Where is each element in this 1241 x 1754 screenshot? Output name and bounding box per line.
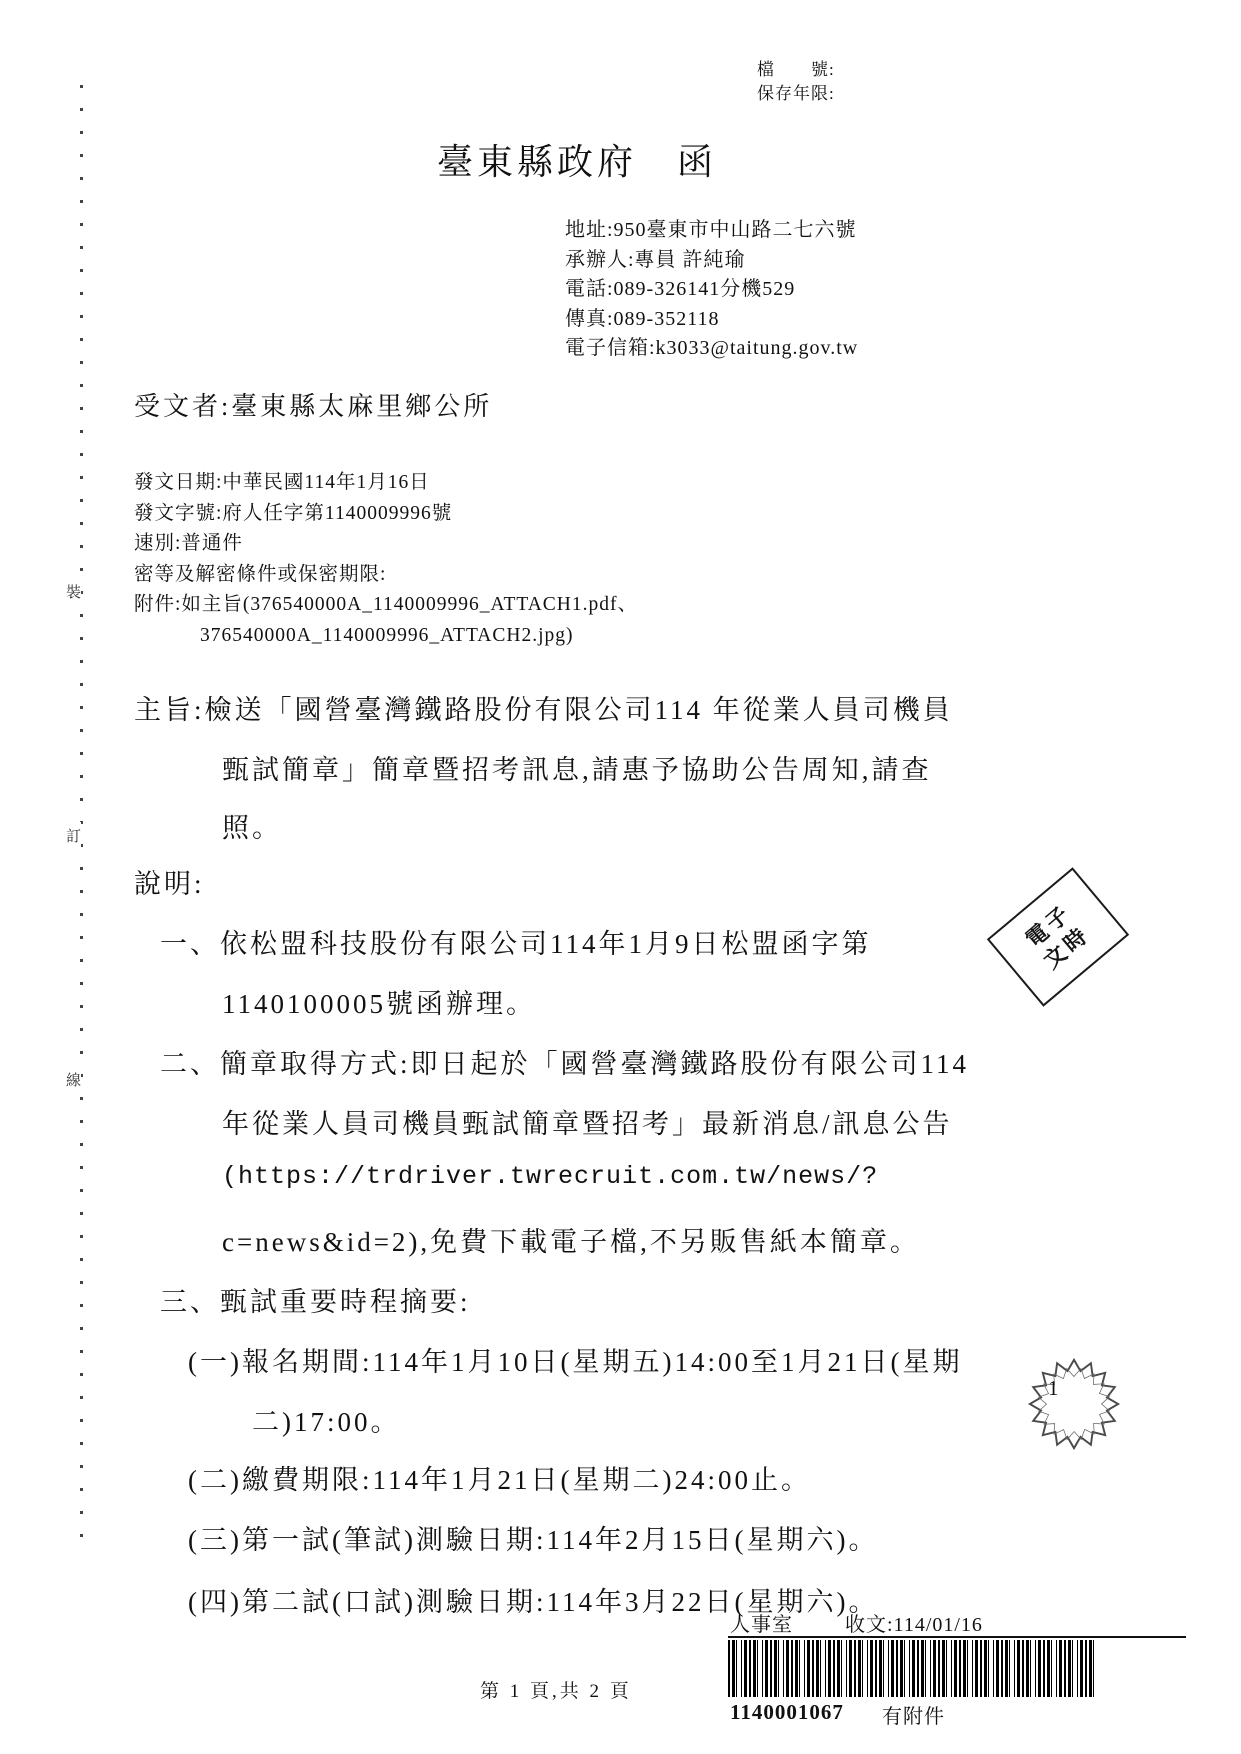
receipt-divider-line (728, 1636, 1186, 1638)
binding-mark-zhuang: 裝 (66, 578, 81, 605)
subject-line: 主旨:檢送「國營臺灣鐵路股份有限公司114 年從業人員司機員 (134, 688, 953, 727)
body-line: 1140100005號函辦理。 (222, 982, 536, 1021)
sender-contact-person: 承辦人:專員 許純瑜 (565, 246, 858, 276)
issue-date: 發文日期:中華民國114年1月16日 (134, 468, 638, 499)
body-line: 三、甄試重要時程摘要: (160, 1280, 471, 1319)
sender-phone: 電話:089-326141分機529 (565, 275, 858, 305)
body-line: c=news&id=2),免費下載電子檔,不另販售紙本簡章。 (222, 1220, 920, 1259)
document-meta-block: 發文日期:中華民國114年1月16日 發文字號:府人任字第1140009996號… (134, 468, 638, 651)
retention-label: 保存年限: (757, 82, 835, 106)
binding-dotted-line (80, 85, 83, 1545)
sender-info-block: 地址:950臺東市中山路二七六號 承辦人:專員 許純瑜 電話:089-32614… (565, 216, 858, 364)
star-perforation-seal-icon (1026, 1352, 1122, 1456)
body-line: (二)繳費期限:114年1月21日(星期二)24:00止。 (188, 1458, 811, 1497)
subject-line: 照。 (222, 806, 282, 845)
receipt-date: 收文:114/01/16 (845, 1608, 983, 1637)
sender-fax: 傳真:089-352118 (565, 305, 858, 335)
body-line-url: (https://trdriver.twrecruit.com.tw/news/… (222, 1162, 878, 1191)
body-line: 年從業人員司機員甄試簡章暨招考」最新消息/訊息公告 (222, 1102, 953, 1141)
recipient-line: 受文者:臺東縣太麻里鄉公所 (134, 386, 492, 423)
page-margin-number: 1 (1048, 1376, 1059, 1401)
binding-mark-xian: 線 (66, 1066, 81, 1093)
body-line: 二、簡章取得方式:即日起於「國營臺灣鐵路股份有限公司114 (160, 1042, 969, 1081)
sender-email: 電子信箱:k3033@taitung.gov.tw (565, 334, 858, 364)
subject-line: 甄試簡章」簡章暨招考訊息,請惠予協助公告周知,請查 (222, 748, 932, 787)
binding-mark-ding: 訂 (66, 822, 81, 849)
official-letter-page: 檔 號: 保存年限: 臺東縣政府 函 地址:950臺東市中山路二七六號 承辦人:… (0, 0, 1241, 1754)
body-line: 一、依松盟科技股份有限公司114年1月9日松盟函字第 (160, 922, 872, 961)
priority: 速別:普通件 (134, 529, 638, 560)
electronic-exchange-stamp: 電子 文時 (987, 867, 1129, 1006)
attachments-line1: 附件:如主旨(376540000A_1140009996_ATTACH1.pdf… (134, 590, 638, 621)
classification: 密等及解密條件或保密期限: (134, 560, 638, 591)
body-line: (三)第一試(筆試)測驗日期:114年2月15日(星期六)。 (188, 1518, 878, 1557)
document-barcode (728, 1640, 1096, 1697)
body-line: 二)17:00。 (252, 1400, 401, 1439)
page-number-info: 第 1 頁,共 2 頁 (480, 1676, 632, 1703)
receipt-department: 人事室 (730, 1608, 793, 1637)
doc-reference-number: 發文字號:府人任字第1140009996號 (134, 499, 638, 530)
attachment-note: 有附件 (882, 1700, 945, 1729)
explanation-label: 說明: (134, 862, 205, 901)
barcode-number: 1140001067 (730, 1700, 844, 1725)
attachments-line2: 376540000A_1140009996_ATTACH2.jpg) (134, 621, 638, 652)
sender-address: 地址:950臺東市中山路二七六號 (565, 216, 858, 246)
file-number-label: 檔 號: (757, 58, 835, 82)
file-number-block: 檔 號: 保存年限: (757, 58, 835, 106)
page-title: 臺東縣政府 函 (437, 134, 717, 185)
body-line: (一)報名期間:114年1月10日(星期五)14:00至1月21日(星期 (188, 1340, 962, 1379)
